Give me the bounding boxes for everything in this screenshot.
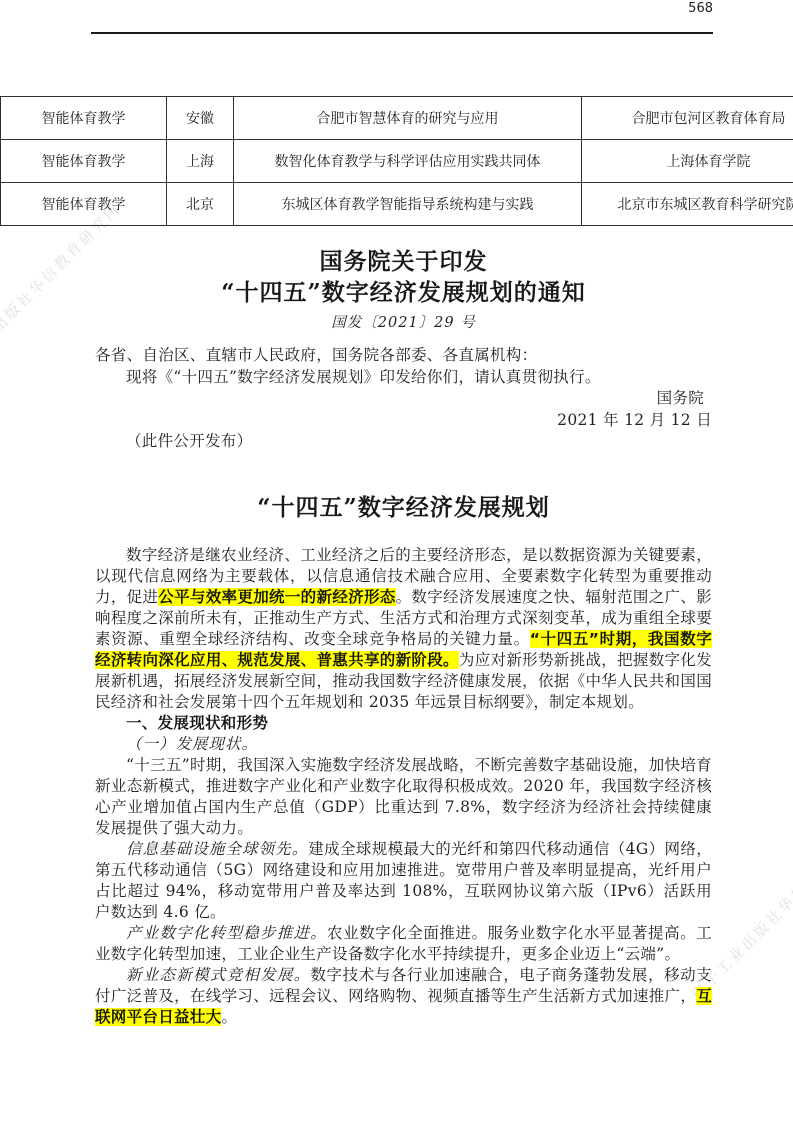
table-cell-region: 北京	[167, 183, 234, 226]
table-cell-category: 智能体育教学	[1, 183, 167, 226]
table-cell-region: 上海	[167, 140, 234, 183]
table-cell-project: 数智化体育教学与科学评估应用实践共同体	[234, 140, 582, 183]
table-cell-organization: 合肥市包河区教育体育局	[582, 97, 793, 140]
award-projects-table: 智能体育教学 安徽 合肥市智慧体育的研究与应用 合肥市包河区教育体育局 智能体育…	[0, 96, 793, 226]
notice-body: 各省、自治区、直辖市人民政府，国务院各部委、各直属机构： 现将《“十四五”数字经…	[95, 345, 712, 453]
notice-body-text: 现将《“十四五”数字经济发展规划》印发给你们，请认真贯彻执行。	[95, 367, 712, 389]
document-page: 电子工业出版社华信教育研究所 电子工业出版社华信教育研究所 568 智能体育教学…	[0, 0, 793, 1122]
notice-public-release-note: （此件公开发布）	[95, 431, 712, 453]
paragraph-lead: 新业态新模式竞相发展。	[126, 966, 310, 984]
table-cell-organization: 上海体育学院	[582, 140, 793, 183]
header-rule	[91, 32, 713, 34]
paragraph-industry-digitalization: 产业数字化转型稳步推进。农业数字化全面推进。服务业数字化水平显著提高。工业数字化…	[95, 923, 712, 965]
table-row: 智能体育教学 北京 东城区体育教学智能指导系统构建与实践 北京市东城区教育科学研…	[1, 183, 793, 226]
table-row: 智能体育教学 安徽 合肥市智慧体育的研究与应用 合肥市包河区教育体育局	[1, 97, 793, 140]
table-cell-region: 安徽	[167, 97, 234, 140]
document-number: 国发〔2021〕29 号	[95, 311, 712, 332]
notice-section: 国务院关于印发 “十四五”数字经济发展规划的通知 国发〔2021〕29 号 各省…	[95, 246, 712, 453]
notice-salutation: 各省、自治区、直辖市人民政府，国务院各部委、各直属机构：	[95, 345, 712, 367]
plan-body: 数字经济是继农业经济、工业经济之后的主要经济形态，是以数据资源为关键要素，以现代…	[95, 545, 712, 1028]
notice-date: 2021 年 12 月 12 日	[95, 410, 712, 432]
section-heading: 一、发展现状和形势	[95, 713, 712, 734]
plan-title: “十四五”数字经济发展规划	[95, 489, 712, 522]
paragraph-lead: 产业数字化转型稳步推进。	[126, 924, 327, 942]
notice-title-line2: “十四五”数字经济发展规划的通知	[95, 277, 712, 308]
paragraph-lead: 信息基础设施全球领先。	[126, 840, 308, 858]
table-cell-project: 东城区体育教学智能指导系统构建与实践	[234, 183, 582, 226]
table-cell-project: 合肥市智慧体育的研究与应用	[234, 97, 582, 140]
paragraph-intro: 数字经济是继农业经济、工业经济之后的主要经济形态，是以数据资源为关键要素，以现代…	[95, 545, 712, 713]
notice-signer: 国务院	[95, 388, 712, 410]
body-text-segment: 。	[221, 1008, 237, 1026]
table-body: 智能体育教学 安徽 合肥市智慧体育的研究与应用 合肥市包河区教育体育局 智能体育…	[1, 97, 793, 226]
paragraph-13th-fiveyear: “十三五”时期，我国深入实施数字经济发展战略，不断完善数字基础设施，加快培育新业…	[95, 755, 712, 839]
table-row: 智能体育教学 上海 数智化体育教学与科学评估应用实践共同体 上海体育学院	[1, 140, 793, 183]
highlighted-text: 公平与效率更加统一的新经济形态	[158, 588, 395, 606]
table-cell-category: 智能体育教学	[1, 140, 167, 183]
table-cell-organization: 北京市东城区教育科学研究院	[582, 183, 793, 226]
paragraph-new-business-models: 新业态新模式竞相发展。数字技术与各行业加速融合，电子商务蓬勃发展，移动支付广泛普…	[95, 965, 712, 1028]
page-number: 568	[688, 1, 713, 16]
paragraph-infrastructure: 信息基础设施全球领先。建成全球规模最大的光纤和第四代移动通信（4G）网络，第五代…	[95, 839, 712, 923]
notice-title-line1: 国务院关于印发	[95, 246, 712, 277]
subsection-heading: （一）发展现状。	[95, 734, 712, 755]
table-cell-category: 智能体育教学	[1, 97, 167, 140]
